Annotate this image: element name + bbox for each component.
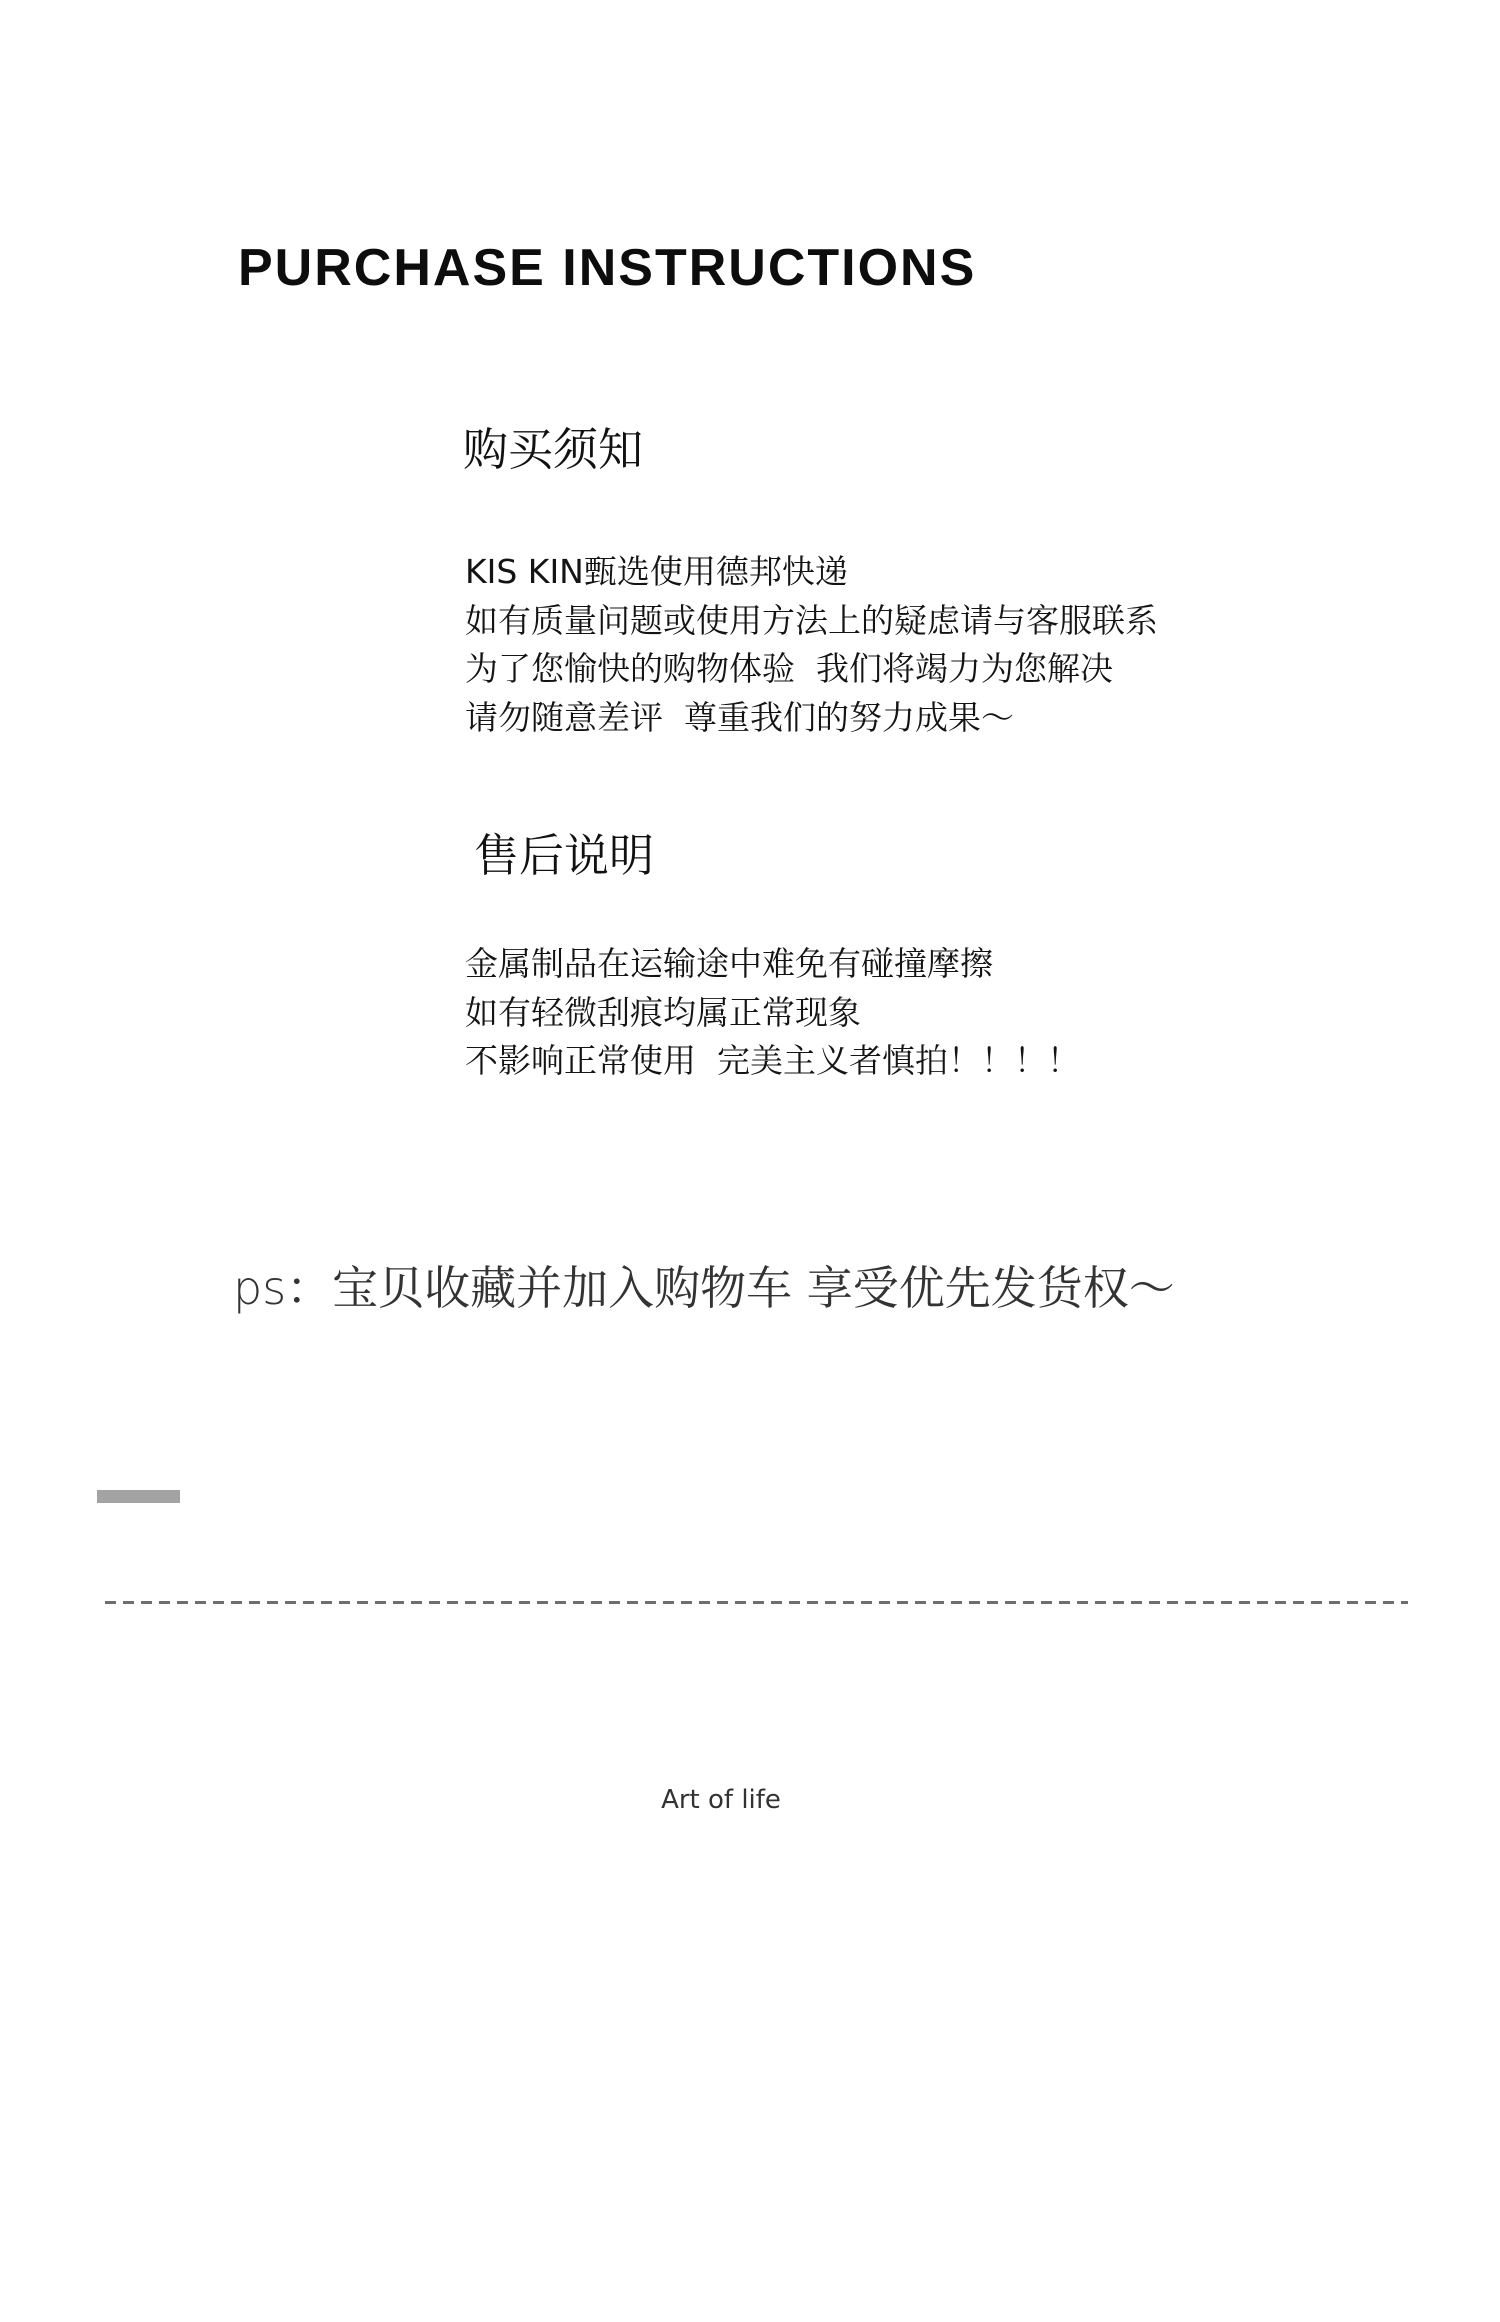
after-sales-heading: 售后说明: [474, 828, 654, 884]
after-sales-line: 金属制品在运输途中难免有碰撞摩擦: [465, 940, 1080, 989]
dashed-divider: [105, 1601, 1408, 1604]
after-sales-text: 金属制品在运输途中难免有碰撞摩擦 如有轻微刮痕均属正常现象 不影响正常使用 完美…: [465, 940, 1080, 1086]
accent-bar: [97, 1490, 180, 1503]
after-sales-line: 不影响正常使用 完美主义者慎拍！！！！: [465, 1037, 1080, 1086]
purchase-notice-heading: 购买须知: [463, 422, 643, 478]
purchase-notice-line: KIS KIN甄选使用德邦快递: [465, 548, 1158, 597]
footer-tagline: Art of life: [661, 1785, 781, 1815]
purchase-notice-line: 如有质量问题或使用方法上的疑虑请与客服联系: [465, 597, 1158, 646]
page-title: PURCHASE INSTRUCTIONS: [238, 238, 976, 298]
ps-note: ps：宝贝收藏并加入购物车 享受优先发货权～: [233, 1256, 1175, 1320]
purchase-notice-line: 为了您愉快的购物体验 我们将竭力为您解决: [465, 645, 1158, 694]
after-sales-line: 如有轻微刮痕均属正常现象: [465, 989, 1080, 1038]
footer: Art of life: [0, 1784, 1500, 1816]
purchase-notice-text: KIS KIN甄选使用德邦快递 如有质量问题或使用方法上的疑虑请与客服联系 为了…: [465, 548, 1158, 742]
purchase-notice-line: 请勿随意差评 尊重我们的努力成果～: [465, 694, 1158, 743]
